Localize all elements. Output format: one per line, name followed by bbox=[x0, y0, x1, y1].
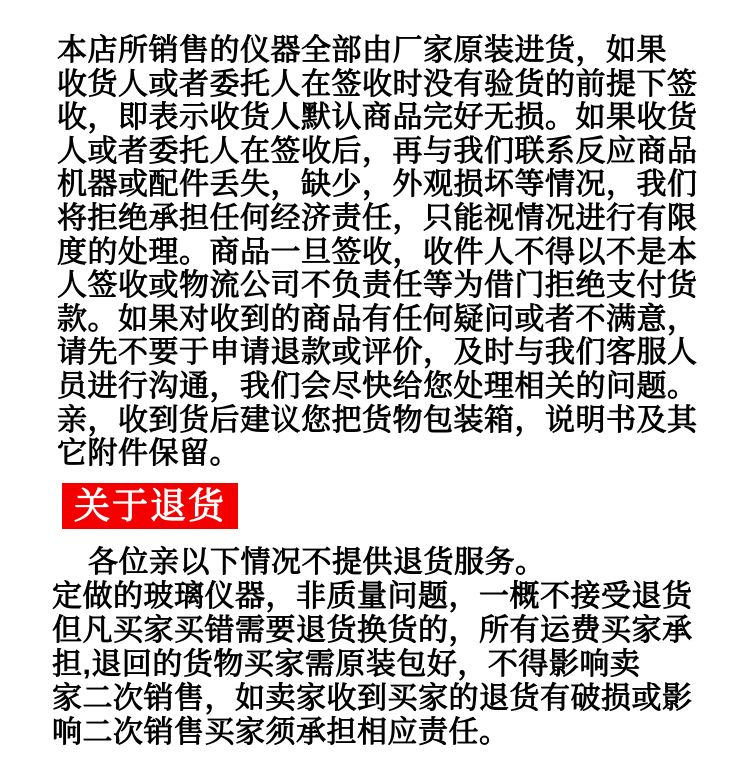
notice-line: 本店所销售的仪器全部由厂家原装进货，如果 bbox=[57, 34, 730, 68]
notice-line: 员进行沟通，我们会尽快给您处理相关的问题。 bbox=[57, 370, 730, 404]
notice-line: 款。如果对收到的商品有任何疑问或者不满意， bbox=[57, 303, 730, 337]
notice-line: 机器或配件丢失，缺少，外观损坏等情况，我们 bbox=[57, 168, 730, 202]
notice-line: 将拒绝承担任何经济责任，只能视情况进行有限 bbox=[57, 202, 730, 236]
returns-line: 定做的玻璃仪器，非质量问题，一概不接受退货 bbox=[52, 580, 730, 614]
returns-section-banner: 关于退货 bbox=[62, 483, 238, 529]
returns-banner-label: 关于退货 bbox=[74, 485, 226, 526]
notice-line: 亲，收到货后建议您把货物包装箱，说明书及其 bbox=[57, 404, 730, 438]
notice-line: 度的处理。商品一旦签收，收件人不得以不是本 bbox=[57, 236, 730, 270]
notice-line: 收货人或者委托人在签收时没有验货的前提下签 bbox=[57, 68, 730, 102]
notice-line: 它附件保留。 bbox=[57, 437, 730, 471]
notice-line: 人签收或物流公司不负责任等为借门拒绝支付货 bbox=[57, 269, 730, 303]
returns-policy-paragraph: 各位亲以下情况不提供退货服务。 定做的玻璃仪器，非质量问题，一概不接受退货 但凡… bbox=[0, 529, 750, 750]
product-notice-page: 本店所销售的仪器全部由厂家原装进货，如果 收货人或者委托人在签收时没有验货的前提… bbox=[0, 0, 750, 762]
shipping-notice-paragraph: 本店所销售的仪器全部由厂家原装进货，如果 收货人或者委托人在签收时没有验货的前提… bbox=[0, 0, 750, 471]
returns-line: 响二次销售买家须承担相应责任。 bbox=[52, 716, 730, 750]
notice-line: 人或者委托人在签收后，再与我们联系反应商品 bbox=[57, 135, 730, 169]
notice-line: 请先不要于申请退款或评价，及时与我们客服人 bbox=[57, 336, 730, 370]
returns-line: 但凡买家买错需要退货换货的，所有运费买家承 bbox=[52, 614, 730, 648]
returns-line: 各位亲以下情况不提供退货服务。 bbox=[52, 546, 730, 580]
notice-line: 收，即表示收货人默认商品完好无损。如果收货 bbox=[57, 101, 730, 135]
returns-line: 家二次销售，如卖家收到买家的退货有破损或影 bbox=[52, 682, 730, 716]
returns-line: 担,退回的货物买家需原装包好，不得影响卖 bbox=[52, 648, 730, 682]
